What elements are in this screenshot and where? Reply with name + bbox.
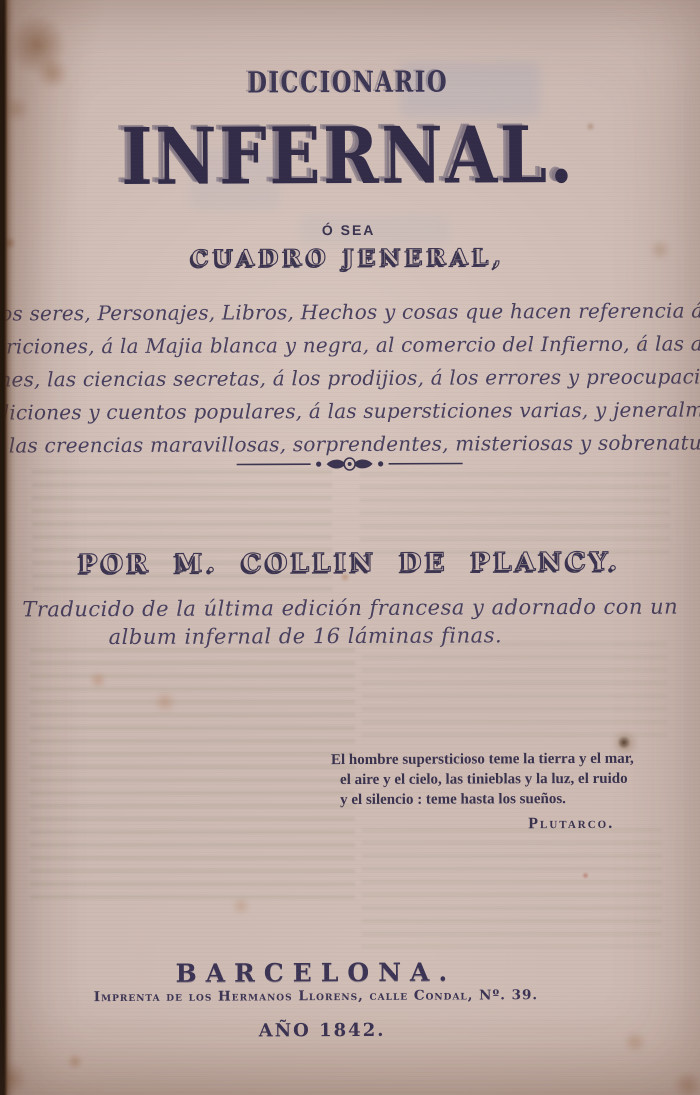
translation-note-line: Traducido de la última edición francesa … <box>22 593 678 624</box>
description-line: vinaciones, las ciencias secretas, á los… <box>0 360 700 397</box>
description-line: apariciones, á la Majia blanca y negra, … <box>0 327 700 363</box>
page-content: DICCIONARIO INFERNAL. Ó SEA CUADRO JENER… <box>0 0 700 1095</box>
main-title: INFERNAL. <box>121 117 576 197</box>
imprint-city: BARCELONA. <box>175 958 456 988</box>
epigraph-line: el aire y el cielo, las tinieblas y la l… <box>331 769 676 791</box>
imprint-printer: Imprenta de los Hermanos Llorens, calle … <box>94 987 538 1005</box>
description-line: De los seres, Personajes, Libros, Hechos… <box>0 294 700 330</box>
imprint-year: AÑO 1842. <box>259 1020 386 1042</box>
epigraph-line: El hombre supersticioso teme la tierra y… <box>331 749 676 771</box>
series-title: DICCIONARIO <box>247 68 448 98</box>
ornament-divider-graphic <box>235 454 465 473</box>
translation-note: Traducido de la última edición francesa … <box>0 592 700 651</box>
title-page-photo: DICCIONARIO INFERNAL. Ó SEA CUADRO JENER… <box>0 0 700 1095</box>
epigraph-attribution: Plutarco. <box>331 814 676 836</box>
subtitle-connector: Ó SEA <box>322 222 376 238</box>
epigraph-line: y el silencio : teme hasta los sueños. <box>331 789 676 811</box>
translation-note-line: album infernal de 16 láminas finas. <box>109 621 503 651</box>
page-edge-shadow <box>0 0 16 1095</box>
byline: POR M. COLLIN DE PLANCY. <box>79 547 622 578</box>
subtitle: CUADRO JENERAL, <box>191 244 506 271</box>
epigraph: El hombre supersticioso teme la tierra y… <box>331 749 676 836</box>
description-line: las tradiciones y cuentos populares, á l… <box>0 393 700 430</box>
ornament-divider <box>0 453 700 474</box>
description-paragraph: De los seres, Personajes, Libros, Hechos… <box>0 294 700 462</box>
